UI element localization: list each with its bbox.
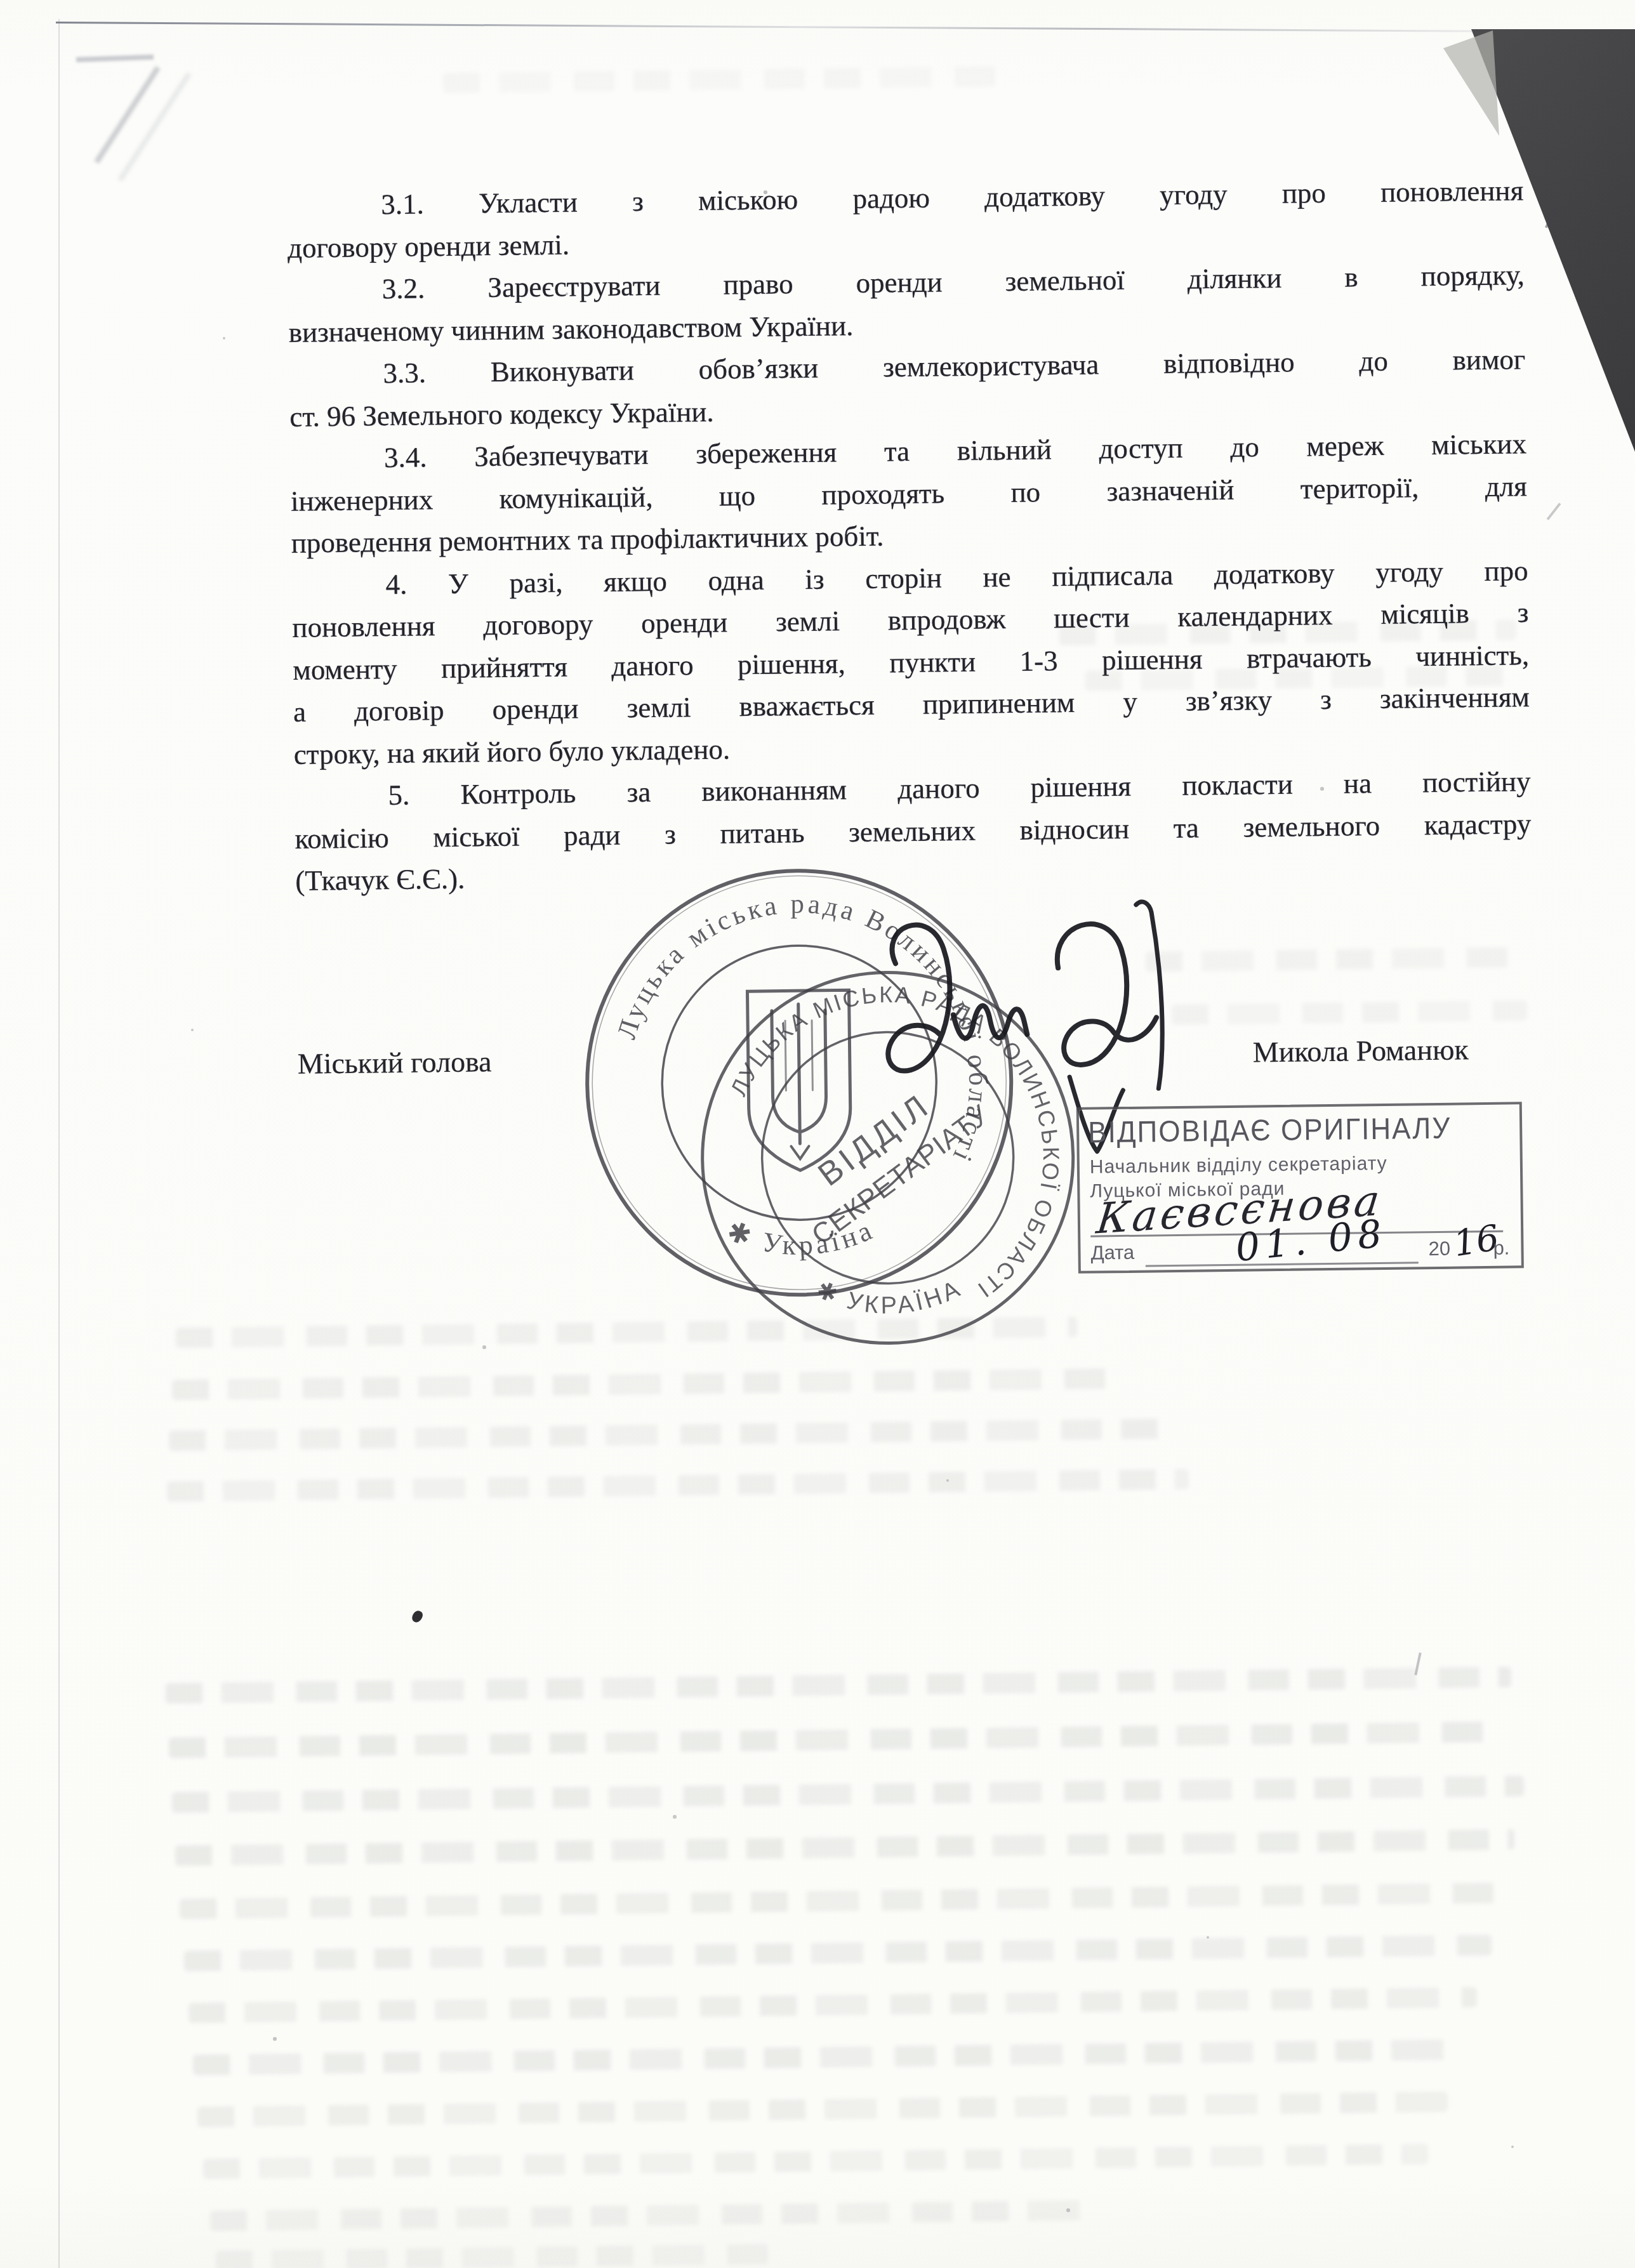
bleed-through-line bbox=[184, 1935, 1492, 1971]
svg-text:✱ УКРАЇНА: ✱ УКРАЇНА bbox=[812, 1274, 967, 1320]
bleed-through-line bbox=[1172, 1000, 1527, 1025]
bleed-through-line bbox=[169, 1418, 1172, 1451]
bleed-through-line bbox=[169, 1722, 1502, 1758]
signer-title: Міський голова bbox=[297, 1045, 491, 1081]
date-label: Дата bbox=[1090, 1241, 1134, 1265]
bleed-through-line bbox=[1146, 947, 1526, 972]
bleed-through-line bbox=[172, 1776, 1524, 1812]
bleed-through-line bbox=[166, 1667, 1511, 1704]
year-suffix: р. bbox=[1493, 1237, 1509, 1260]
signer-name: Микола Романюк bbox=[1252, 1032, 1469, 1069]
certification-box: ВІДПОВІДАЄ ОРИГІНАЛУ Начальник відділу с… bbox=[1076, 1102, 1524, 1274]
bleed-through-line bbox=[189, 1987, 1477, 2023]
certifier-position-line1: Начальник відділу секретаріату bbox=[1090, 1153, 1387, 1178]
scanned-document-page: 3.1. Укласти з міською радою додаткову у… bbox=[0, 0, 1635, 2268]
bleed-through-line bbox=[167, 1469, 1189, 1502]
certification-title: ВІДПОВІДАЄ ОРИГІНАЛУ bbox=[1088, 1111, 1514, 1150]
year-prefix: 20 bbox=[1428, 1237, 1450, 1260]
bleed-through-line bbox=[172, 1368, 1124, 1400]
stamp-bottom-text: ✱ УКРАЇНА bbox=[812, 1274, 967, 1320]
scan-content: 3.1. Укласти з міською радою додаткову у… bbox=[0, 0, 1635, 2268]
bleed-through-line bbox=[175, 1830, 1514, 1866]
bleed-through-line bbox=[180, 1883, 1500, 1919]
paper-specks bbox=[0, 0, 1, 1]
bleed-through-line bbox=[197, 2092, 1448, 2127]
bleed-through-line bbox=[210, 2200, 1086, 2231]
bleed-through-line bbox=[443, 66, 1014, 93]
bleed-through-line bbox=[216, 2244, 787, 2268]
bleed-through-line bbox=[193, 2040, 1462, 2075]
bleed-through-line bbox=[203, 2144, 1428, 2179]
body-text: 3.1. Укласти з міською радою додаткову у… bbox=[287, 169, 1532, 902]
